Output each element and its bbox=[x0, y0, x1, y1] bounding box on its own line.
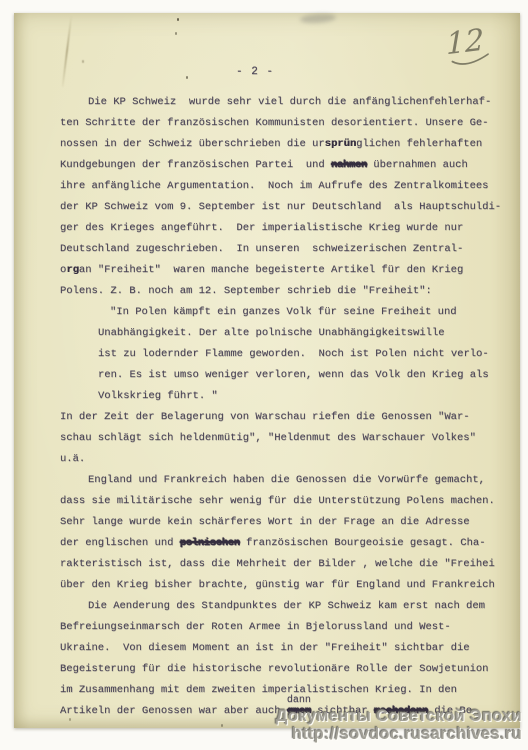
page-number: - 2 - bbox=[236, 66, 274, 78]
struck-text: polnischen bbox=[180, 537, 240, 549]
typewriter-text: übernahmen auch bbox=[367, 159, 468, 171]
watermark-title: Документы Советской Эпохи bbox=[276, 707, 522, 725]
paper-crease bbox=[62, 15, 73, 87]
document-line: "In Polen kämpft ein ganzes Volk für sei… bbox=[60, 302, 518, 323]
document-line: Kundgebungen der französischen Partei un… bbox=[60, 155, 518, 176]
document-line: ten Schritte der französischen Kommunist… bbox=[60, 113, 518, 134]
watermark-url: http://sovdoc.rusarchives.ru bbox=[276, 725, 522, 743]
typewriter-text: England und Frankreich haben die Genosse… bbox=[88, 474, 485, 486]
typewriter-text: "In Polen kämpft ein ganzes Volk für sei… bbox=[110, 306, 457, 318]
document-line: dass sie militärische sehr wenig für die… bbox=[60, 491, 518, 512]
document-line: Ukraine. Von diesem Moment an ist in der… bbox=[60, 638, 518, 659]
typewriter-text: im Zusammenhang mit dem zweiten imperial… bbox=[60, 684, 457, 696]
document-line: Die Aenderung des Standpunktes der KP Sc… bbox=[60, 596, 518, 617]
handwritten-page-number: 12 bbox=[446, 22, 516, 79]
watermark: Документы Советской Эпохи http://sovdoc.… bbox=[276, 707, 522, 743]
typewriter-text: Ukraine. Von diesem Moment an ist in der… bbox=[60, 642, 470, 654]
document-line: Die KP Schweiz wurde sehr viel durch die… bbox=[60, 92, 518, 113]
typewriter-text: Polens. Z. B. noch am 12. September schr… bbox=[60, 285, 432, 297]
typewriter-text: ist zu lodernder Flamme geworden. Noch i… bbox=[98, 348, 489, 360]
document-line: Volkskrieg führt. " bbox=[60, 386, 518, 407]
typewriter-text: Die Aenderung des Standpunktes der KP Sc… bbox=[88, 600, 485, 612]
document-line: ger des Krieges angeführt. Der imperiali… bbox=[60, 218, 518, 239]
document-line: ist zu lodernder Flamme geworden. Noch i… bbox=[60, 344, 518, 365]
document-page: 12 - 2 - Die KP Schweiz wurde sehr viel … bbox=[14, 13, 520, 728]
typewriter-text: Kundgebungen der französischen Partei un… bbox=[60, 159, 331, 171]
document-line: Sehr lange wurde kein schärferes Wort in… bbox=[60, 512, 518, 533]
typewriter-text: der englischen und bbox=[60, 537, 180, 549]
typewriter-text: Begeisterung für die historische revolut… bbox=[60, 663, 488, 675]
document-line: über den Krieg bisher brachte, günstig w… bbox=[60, 575, 518, 596]
smudge-mark bbox=[300, 13, 337, 24]
typewriter-text: ten Schritte der französischen Kommunist… bbox=[60, 117, 488, 129]
typewriter-text: ger des Krieges angeführt. Der imperiali… bbox=[60, 222, 463, 234]
document-line: Befreiungseinmarsch der Roten Armee in B… bbox=[60, 617, 518, 638]
document-line: der KP Schweiz vom 9. September ist nur … bbox=[60, 197, 518, 218]
document-line: Begeisterung für die historische revolut… bbox=[60, 659, 518, 680]
typewriter-text: Sehr lange wurde kein schärferes Wort in… bbox=[60, 516, 470, 528]
document-line: nossen in der Schweiz überschrieben die … bbox=[60, 134, 518, 155]
scan-background: 12 - 2 - Die KP Schweiz wurde sehr viel … bbox=[0, 0, 528, 750]
typewriter-text: rakteristisch ist, dass die Mehrheit der… bbox=[60, 558, 495, 570]
typewriter-text: Unabhängigkeit. Der alte polnische Unabh… bbox=[98, 327, 445, 339]
document-line: u.ä. bbox=[60, 449, 518, 470]
struck-text: nahmen bbox=[331, 159, 367, 171]
typewriter-text: nossen in der Schweiz überschrieben die … bbox=[60, 138, 325, 150]
document-line: rakteristisch ist, dass die Mehrheit der… bbox=[60, 554, 518, 575]
document-line: Deutschland zugeschrieben. In unseren sc… bbox=[60, 239, 518, 260]
document-line: organ "Freiheit" waren manche begeistert… bbox=[60, 260, 518, 281]
document-line: der englischen und polnischen französisc… bbox=[60, 533, 518, 554]
document-text: Die KP Schweiz wurde sehr viel durch die… bbox=[60, 92, 518, 720]
typewriter-text: der KP Schweiz vom 9. September ist nur … bbox=[60, 201, 501, 213]
typewriter-text: schau schlägt sich heldenmütig", "Helden… bbox=[60, 432, 476, 444]
typewriter-text: ihre anfängliche Argumentation. Noch im … bbox=[60, 180, 488, 192]
typewriter-text: ren. Es ist umso weniger verloren, wenn … bbox=[98, 369, 489, 381]
typewriter-text: über den Krieg bisher brachte, günstig w… bbox=[60, 579, 495, 591]
typewriter-text: Die KP Schweiz wurde sehr viel durch die… bbox=[88, 96, 491, 108]
typewriter-text: glichen fehlerhaften bbox=[356, 138, 482, 150]
document-line: In der Zeit der Belagerung von Warschau … bbox=[60, 407, 518, 428]
typewriter-text: französischen Bourgeoisie gesagt. Cha- bbox=[240, 537, 486, 549]
typewriter-text: In der Zeit der Belagerung von Warschau … bbox=[60, 411, 470, 423]
typewriter-text: Artikeln der Genossen war aber auch bbox=[60, 705, 287, 717]
document-line: Polens. Z. B. noch am 12. September schr… bbox=[60, 281, 518, 302]
document-line: Unabhängigkeit. Der alte polnische Unabh… bbox=[60, 323, 518, 344]
paper-specks bbox=[177, 18, 179, 21]
document-line: ihre anfängliche Argumentation. Noch im … bbox=[60, 176, 518, 197]
document-line: schau schlägt sich heldenmütig", "Helden… bbox=[60, 428, 518, 449]
typewriter-text: an "Freiheit" waren manche begeisterte A… bbox=[79, 264, 463, 276]
typewriter-text: Befreiungseinmarsch der Roten Armee in B… bbox=[60, 621, 451, 633]
document-line: ren. Es ist umso weniger verloren, wenn … bbox=[60, 365, 518, 386]
typewriter-text: Volkskrieg führt. " bbox=[98, 390, 218, 402]
typewriter-text: u.ä. bbox=[60, 453, 85, 465]
typewriter-text: rg bbox=[66, 264, 79, 276]
document-line: England und Frankreich haben die Genosse… bbox=[60, 470, 518, 491]
typewriter-text: sprün bbox=[325, 138, 357, 150]
typewriter-text: Deutschland zugeschrieben. In unseren sc… bbox=[60, 243, 463, 255]
typewriter-text: dass sie militärische sehr wenig für die… bbox=[60, 495, 495, 507]
